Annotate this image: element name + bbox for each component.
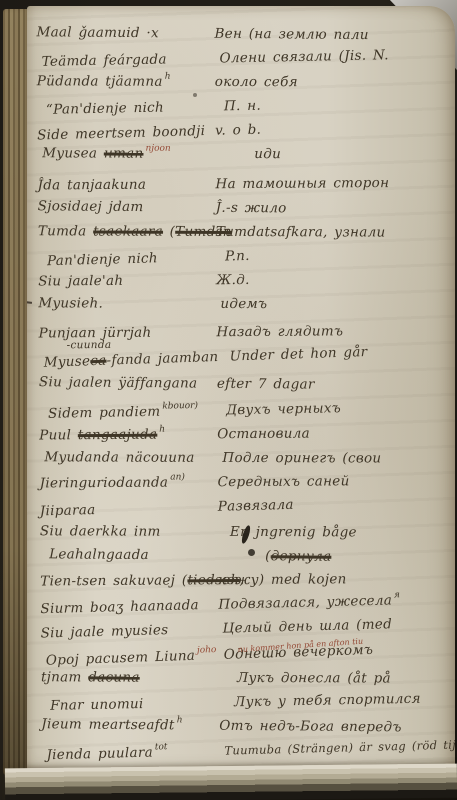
interlinear-annotation: njoon xyxy=(145,144,170,154)
manuscript-line: Ĵda tanjaakuna На тамошныя сторон xyxy=(37,173,453,200)
gloss-phrase: (дернула xyxy=(227,546,455,569)
interlinear-annotation: kbouor) xyxy=(162,401,198,412)
source-phrase-text: Maal ǧaamuid ·х xyxy=(36,24,159,41)
source-phrase-text: Siurm boaʒ haanaada xyxy=(40,597,199,617)
gloss-phrase-text: Двухъ черныхъ xyxy=(226,400,341,418)
ink-blot xyxy=(193,93,197,97)
source-phrase-text: Puul tangaajuda xyxy=(39,427,157,444)
source-phrase-text: Myudanda näcouuna xyxy=(44,449,194,466)
manuscript-line: Myudanda näcouuna Подле оринегъ (свои xyxy=(39,447,455,472)
source-phrase: tjnam dacuna xyxy=(41,667,219,689)
source-phrase-text: Jieum meartseafdt xyxy=(41,716,174,733)
source-phrase: Sidem pandiemkbouor) xyxy=(39,400,226,427)
gloss-phrase: Остановила xyxy=(217,423,455,446)
source-phrase: Jieum meartseafdth xyxy=(41,714,219,739)
gloss-phrase-text: Вен (на землю пали xyxy=(214,26,368,43)
gloss-phrase: Двухъ черныхъ xyxy=(226,396,455,421)
gloss-phrase-text: На тамошныя сторон xyxy=(215,175,389,192)
gloss-phrase-text: Отъ недъ-Бога впередъ xyxy=(219,718,402,736)
source-phrase-text: Siu jaale myusies xyxy=(40,622,168,641)
gloss-phrase-text: иди xyxy=(254,146,281,162)
manuscript-page: Maal ǧaamuid ·х Вен (на землю пали Teämd… xyxy=(27,6,455,774)
source-phrase-text: Siu jaalen ӱäffangana xyxy=(39,374,198,391)
source-phrase: Siu jaalen ӱäffangana xyxy=(39,372,217,395)
source-phrase: Tumda tsaekaara (Tumdsn xyxy=(38,221,216,243)
interlinear-annotation: h xyxy=(177,715,183,725)
gloss-phrase-text: Tиumuba (Strängen) är svag (röd tij xyxy=(224,738,455,758)
source-phrase: Fnar unomui xyxy=(41,692,228,717)
source-phrase: Puul tangaajudah xyxy=(39,424,217,448)
gloss-phrase-text: Подвязалася, ужесела xyxy=(218,592,392,612)
interlinear-annotation: h xyxy=(159,425,165,435)
manuscript-line: Puul tangaajudah Остановила xyxy=(39,423,455,450)
source-phrase-text: Leahalngaada xyxy=(49,546,149,563)
manuscript-line: Siu jaale'ah Ж.д. xyxy=(38,269,454,296)
gloss-phrase-text: P.n. xyxy=(225,248,250,265)
source-phrase-text: Jiiparaa xyxy=(40,502,96,519)
gloss-phrase-text: П. н. xyxy=(224,98,261,115)
source-phrase-text: Sidem pandiem xyxy=(48,404,161,422)
source-phrase: Ĵda tanjaakuna xyxy=(37,174,215,196)
interlinear-annotation: h xyxy=(165,72,171,82)
gloss-phrase: Середныхъ саней xyxy=(218,471,455,494)
gloss-phrase: Лукъ у тебя спортился xyxy=(228,688,455,713)
gloss-phrase: идемъ xyxy=(216,294,454,316)
manuscript-lines: Maal ǧaamuid ·х Вен (на землю пали Teämd… xyxy=(36,23,455,774)
gloss-phrase: Лукъ донесла (åt på xyxy=(219,668,455,690)
source-phrase-text: Siu daerkka inm xyxy=(40,523,161,539)
source-phrase-text: Side meertsem boondji xyxy=(37,123,206,143)
manuscript-line: Siu jaalen ӱäffangana efter 7 dagar xyxy=(39,372,455,400)
interlinear-annotation: an) xyxy=(170,472,185,482)
source-phrase-text: Jienda puulara xyxy=(46,745,153,764)
source-phrase: Punjaan jürrjah-cuunda xyxy=(38,322,216,349)
interlinear-annotation: tot xyxy=(155,742,168,752)
source-phrase: Siu jaale'ah xyxy=(38,270,216,292)
source-phrase: Myudanda näcouuna xyxy=(39,447,222,469)
source-phrase: Jieringuriodaandaan) xyxy=(40,472,218,496)
gloss-phrase: Подле оринегъ (свои xyxy=(222,448,455,470)
gloss-phrase: На тамошныя сторон xyxy=(215,173,453,196)
source-phrase-text: Myusieh. xyxy=(38,295,103,311)
gloss-phrase-text: Развязала xyxy=(218,497,294,515)
source-phrase-text: Ĵda tanjaakuna xyxy=(37,177,146,194)
gloss-phrase-text: Лукъ донесла (åt på xyxy=(237,670,391,687)
source-phrase-text: Jieringuriodaanda xyxy=(40,475,169,492)
source-phrase: Tien-tsen sakuvaej (tiedseh, xyxy=(40,570,218,592)
source-phrase: Siurm boaʒ haanaada xyxy=(40,595,218,620)
source-phrase-text: Fnar unomui xyxy=(50,696,144,714)
manuscript-line: Myusieh. идемъ xyxy=(38,293,454,318)
source-phrase: Siu jaale myusies xyxy=(40,619,218,645)
source-phrase-text: Myuseca-fanda jaamban xyxy=(43,349,218,371)
margin-dash-mark xyxy=(27,300,32,304)
gloss-phrase: кожу) med kojen xyxy=(218,569,455,592)
gloss-phrase-text: Ĵ.-s жило xyxy=(216,200,287,217)
source-phrase-text: Myusea нman xyxy=(42,145,143,161)
gloss-phrase-text: около себя xyxy=(215,74,298,90)
gloss-phrase: Ĵ.-s жило xyxy=(216,198,454,221)
gloss-phrase: П. н. xyxy=(224,92,453,117)
gloss-phrase-text: Лукъ у тебя спортился xyxy=(234,691,421,711)
gloss-phrase-text: идемъ xyxy=(220,296,267,312)
gloss-phrase: Ж.д. xyxy=(216,269,454,292)
source-phrase: Siu daerkka inm xyxy=(40,521,218,543)
source-phrase-text: Sjosidaej jdam xyxy=(38,198,144,215)
source-phrase-text: Tumda tsaekaara (Tumdsn xyxy=(38,223,232,240)
gloss-phrase: иди xyxy=(220,144,453,166)
gloss-phrase: около себя xyxy=(215,72,453,94)
manuscript-line: Sjosidaej jdam Ĵ.-s жило xyxy=(38,196,454,224)
gloss-phrase-text: Ж.д. xyxy=(216,272,250,288)
manuscript-line: Myusea нmannjoon иди xyxy=(37,143,453,168)
gloss-phrase-text: Середныхъ саней xyxy=(218,473,350,490)
book-page-edges-left xyxy=(3,9,30,775)
gloss-phrase-text: v. o b. xyxy=(215,122,261,139)
manuscript-line: Leahalngaada (дернула xyxy=(40,544,455,572)
interlinear-annotation: joho xyxy=(197,645,217,656)
gloss-phrase-text: Подле оринегъ (свои xyxy=(222,450,381,467)
gloss-phrase-text: Остановила xyxy=(217,426,310,443)
gloss-phrase: Tumdatsafkara, узнали xyxy=(216,222,454,244)
gloss-phrase: efter 7 dagar xyxy=(217,374,455,397)
source-phrase: Sjosidaej jdam xyxy=(38,196,216,219)
gloss-phrase: Вен (на землю пали xyxy=(214,24,452,47)
gloss-phrase: En jngrenig båge xyxy=(218,522,455,544)
gloss-phrase-text: Under det hon går xyxy=(229,344,367,365)
gloss-phrase: Олени связали (Jis. N. xyxy=(219,44,452,69)
source-phrase-text: Opoj pacusem Liuna xyxy=(46,648,196,669)
gloss-superscript: я xyxy=(394,590,400,600)
gloss-phrase-text: Целый день шла (med xyxy=(222,616,392,636)
source-phrase: Teämda feárgada xyxy=(36,48,219,73)
gloss-phrase-text: Олени связали (Jis. N. xyxy=(219,47,389,66)
gloss-phrase-text: кожу) med kojen xyxy=(218,571,346,588)
source-phrase: Püdanda tjäamnah xyxy=(37,71,215,95)
source-phrase-text: Teämda feárgada xyxy=(41,52,166,70)
source-phrase: “Pan'dienje nich xyxy=(37,96,224,121)
source-phrase: Pan'dienje nich xyxy=(38,247,225,273)
gloss-phrase-text: efter 7 dagar xyxy=(217,376,315,393)
source-phrase-text: Pan'dienje nich xyxy=(47,250,158,269)
gloss-phrase-text: (дернула xyxy=(265,548,331,565)
source-phrase: Myusieh. xyxy=(38,293,216,315)
book-page-edges-bottom xyxy=(5,764,457,800)
source-phrase-text: Püdanda tjäamna xyxy=(37,73,163,89)
source-phrase-text: Siu jaale'ah xyxy=(38,273,123,290)
gloss-phrase-text: Tumdatsafkara, узнали xyxy=(216,224,386,241)
gloss-phrase-text: Назадъ глядитъ xyxy=(216,323,343,340)
source-phrase: Myusea нmannjoon xyxy=(37,143,220,167)
source-phrase: Maal ǧaamuid ·х xyxy=(36,22,214,45)
source-phrase: Leahalngaada xyxy=(40,544,227,567)
source-phrase-text: “Pan'dienje nich xyxy=(46,100,164,118)
source-phrase-text: tjnam dacuna xyxy=(41,669,140,685)
source-phrase: Jiiparaa xyxy=(40,497,218,523)
manuscript-photo: Maal ǧaamuid ·х Вен (на землю пали Teämd… xyxy=(0,0,457,800)
ink-blot xyxy=(248,549,255,556)
source-phrase-text: Tien-tsen sakuvaej (tiedseh, xyxy=(40,572,244,589)
